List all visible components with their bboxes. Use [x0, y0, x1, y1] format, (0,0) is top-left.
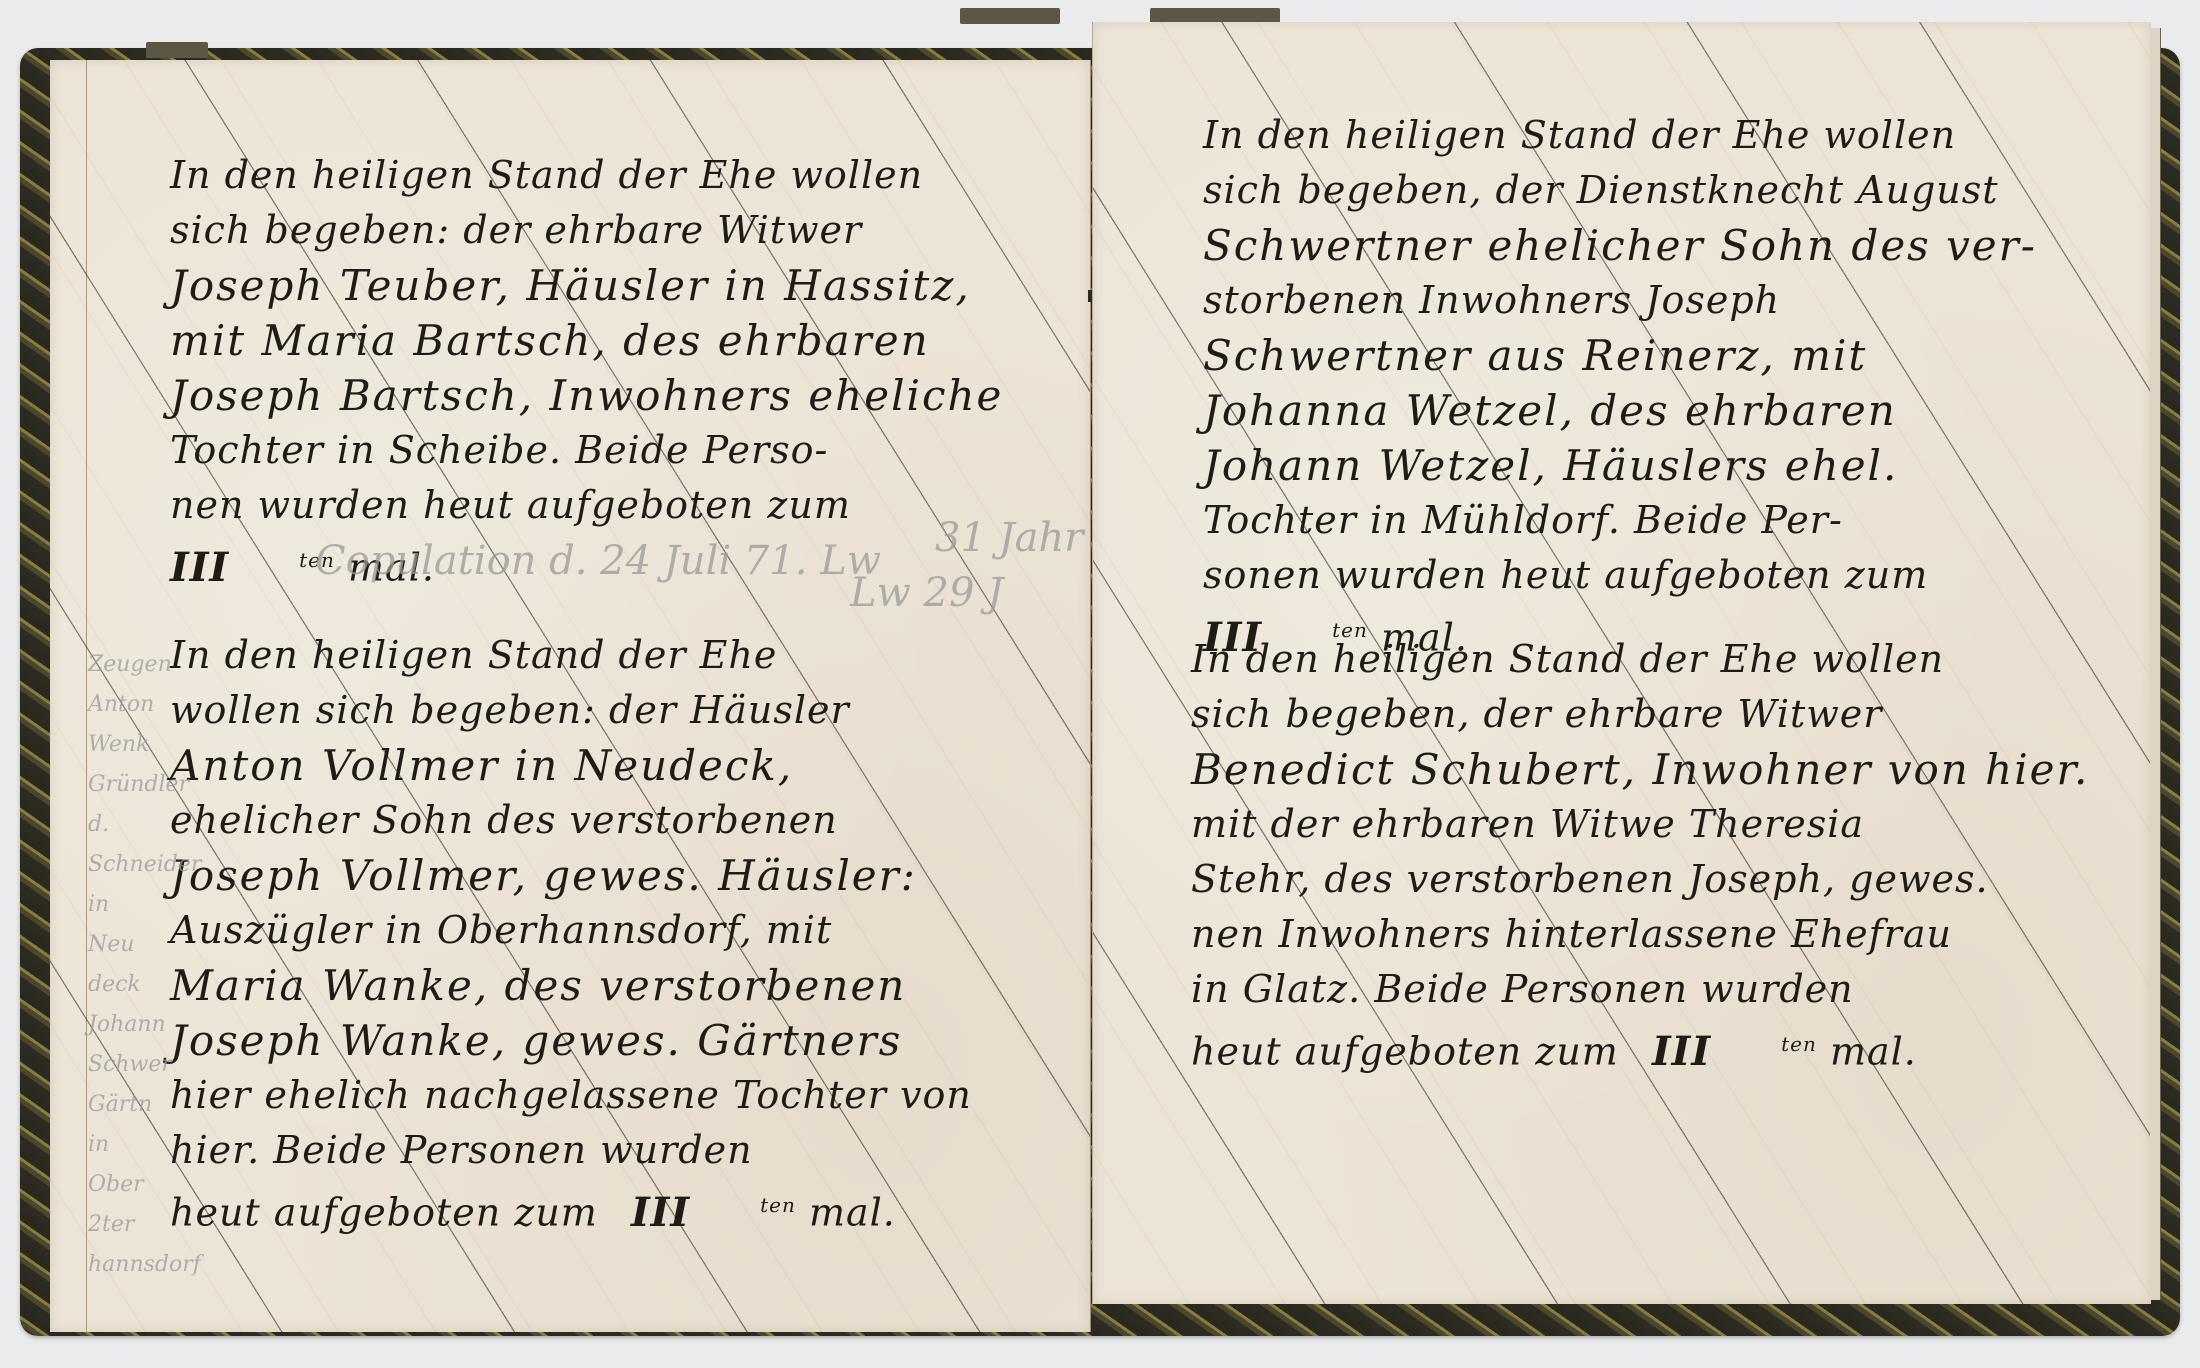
ordinal-suffix: ten	[760, 1193, 796, 1217]
entry-line: Joseph Vollmer, gewes. Häusler:	[170, 848, 972, 903]
entry-line: Tochter in Scheibe. Beide Perso-	[170, 423, 1003, 478]
entry-line: mit der ehrbaren Witwe Theresia	[1191, 797, 2089, 852]
pencil-word: Johann	[88, 1005, 218, 1045]
entry-line: Auszügler in Oberhannsdorf, mit	[170, 903, 972, 958]
entry-line: storbenen Inwohners Joseph	[1203, 273, 2037, 328]
entry-line: In den heiligen Stand der Ehe wollen	[170, 148, 1003, 203]
entry-line: Benedict Schubert, Inwohner von hier.	[1191, 742, 2089, 797]
entry-line: sonen wurden heut aufgeboten zum	[1203, 548, 2037, 603]
entry-line: Schwertner aus Reinerz, mit	[1203, 328, 2037, 383]
cover-tab	[960, 8, 1060, 24]
entry-line: mit Maria Bartsch, des ehrbaren	[170, 313, 1003, 368]
ordinal-suffix: ten	[1781, 1032, 1817, 1056]
pencil-word: Wenk	[88, 725, 218, 765]
entry-line: ehelicher Sohn des verstorbenen	[170, 793, 972, 848]
entry-line: hier. Beide Personen wurden	[170, 1123, 972, 1178]
entry-line: In den heiligen Stand der Ehe wollen	[1191, 632, 2089, 687]
entry-line: sich begeben, der ehrbare Witwer	[1191, 687, 2089, 742]
margin-rule	[86, 60, 87, 1332]
ordinal-numeral: III	[170, 540, 229, 595]
pencil-word: in	[88, 1125, 218, 1165]
pencil-word: deck	[88, 965, 218, 1005]
entry-line: Anton Vollmer in Neudeck,	[170, 738, 972, 793]
cover-tab	[146, 42, 208, 58]
entry-line: Johann Wetzel, Häuslers ehel.	[1203, 438, 2037, 493]
banns-entry: In den heiligen Stand der Ehe wollen sic…	[1191, 632, 2089, 1080]
entry-line: Joseph Bartsch, Inwohners eheliche	[170, 368, 1003, 423]
closing-word: mal.	[809, 1191, 896, 1235]
pencil-word: Gärtn	[88, 1085, 218, 1125]
pencil-word: in	[88, 885, 218, 925]
entry-line: Joseph Teuber, Häusler in Hassitz,	[170, 258, 1003, 313]
pencil-word: hannsdorf	[88, 1245, 218, 1285]
ordinal-numeral: III	[1652, 1024, 1711, 1079]
pencil-word: Anton	[88, 685, 218, 725]
entry-line: in Glatz. Beide Personen wurden	[1191, 962, 2089, 1017]
entry-line: Johanna Wetzel, des ehrbaren	[1203, 383, 2037, 438]
pencil-word: Zeugen	[88, 645, 218, 685]
closing-word: mal.	[1830, 1030, 1917, 1074]
entry-line: In den heiligen Stand der Ehe	[170, 628, 972, 683]
entry-line: heut aufgeboten zum	[170, 1191, 598, 1235]
pencil-margin-witnesses: Zeugen Anton Wenk Gründler d. Schneider …	[88, 645, 218, 1285]
entry-line: sich begeben: der ehrbare Witwer	[170, 203, 1003, 258]
pencil-age-note: Lw 29 J	[850, 570, 1003, 616]
entry-line: Stehr, des verstorbenen Joseph, gewes.	[1191, 852, 2089, 907]
pencil-word: Schwer	[88, 1045, 218, 1085]
ordinal-line: heut aufgeboten zum IIIten mal.	[170, 1178, 972, 1241]
entry-line: nen Inwohners hinterlassene Ehefrau	[1191, 907, 2089, 962]
entry-line: Maria Wanke, des verstorbenen	[170, 958, 972, 1013]
ordinal-numeral: III	[631, 1185, 690, 1240]
right-page: In den heiligen Stand der Ehe wollen sic…	[1092, 22, 2151, 1304]
entry-line: nen wurden heut aufgeboten zum	[170, 478, 1003, 533]
entry-line: Tochter in Mühldorf. Beide Per-	[1203, 493, 2037, 548]
banns-entry: In den heiligen Stand der Ehe wollen sic…	[1203, 108, 2037, 666]
banns-entry: In den heiligen Stand der Ehe wollen sic…	[170, 148, 1003, 596]
pencil-word: Ober	[88, 1165, 218, 1205]
entry-line: wollen sich begeben: der Häusler	[170, 683, 972, 738]
pencil-age-note: 31 Jahr	[935, 515, 1083, 561]
entry-line: heut aufgeboten zum	[1191, 1030, 1619, 1074]
entry-line: sich begeben, der Dienstknecht August	[1203, 163, 2037, 218]
entry-line: Schwertner ehelicher Sohn des ver-	[1203, 218, 2037, 273]
entry-line: Joseph Wanke, gewes. Gärtners	[170, 1013, 972, 1068]
pencil-word: d. Schneider	[88, 805, 218, 885]
entry-line: In den heiligen Stand der Ehe wollen	[1203, 108, 2037, 163]
pencil-word: Neu	[88, 925, 218, 965]
banns-entry: In den heiligen Stand der Ehe wollen sic…	[170, 628, 972, 1241]
pencil-copulation-note: Copulation d. 24 Juli 71. Lw	[315, 538, 881, 584]
entry-line: hier ehelich nachgelassene Tochter von	[170, 1068, 972, 1123]
pencil-word: Gründler	[88, 765, 218, 805]
left-page: In den heiligen Stand der Ehe wollen sic…	[50, 60, 1091, 1332]
ordinal-line: heut aufgeboten zum IIIten mal.	[1191, 1017, 2089, 1080]
pencil-word: 2ter	[88, 1205, 218, 1245]
